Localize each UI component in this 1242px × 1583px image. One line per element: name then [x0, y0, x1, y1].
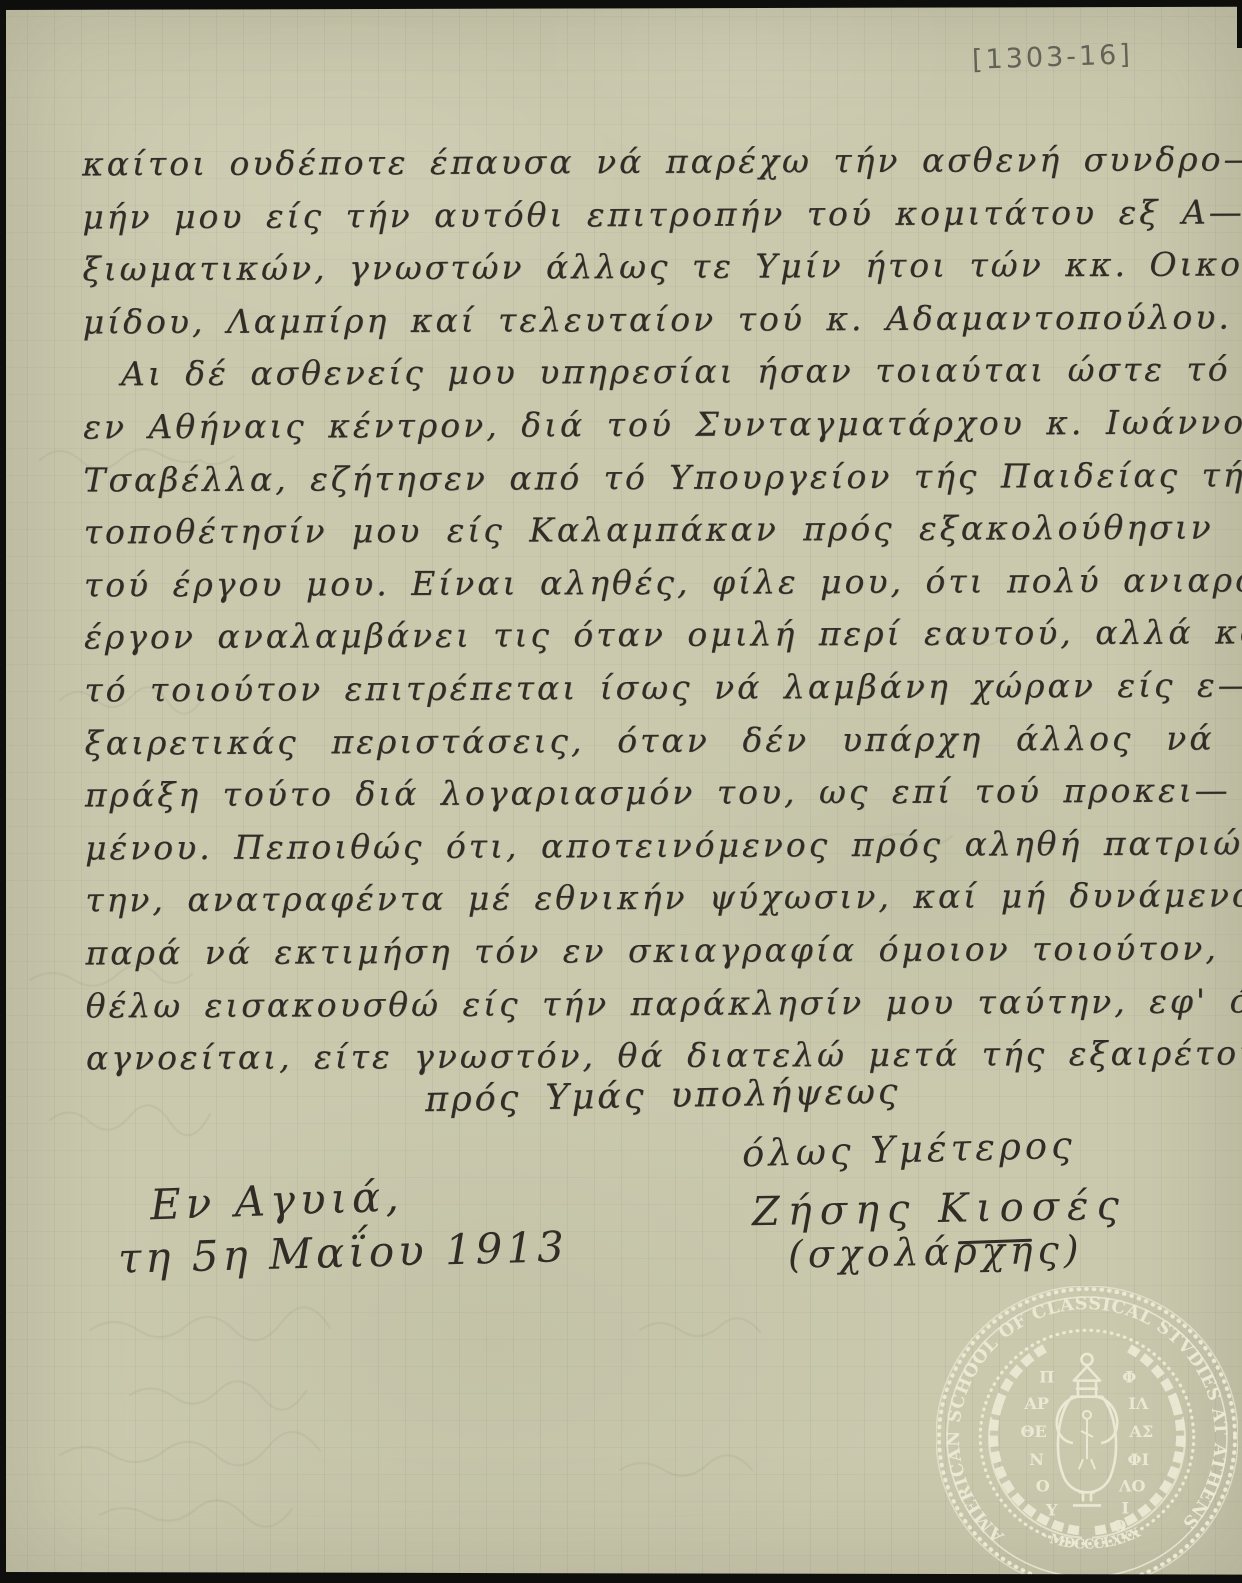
svg-text:Ο: Ο — [1112, 1517, 1126, 1536]
letter-line: εν Αθήναις κέντρον, διά τού Συνταγματάρχ… — [83, 397, 1213, 455]
letter-line: μήν μου είς τήν αυτόθι επιτροπήν τού κομ… — [82, 186, 1212, 244]
svg-text:ΑΣ: ΑΣ — [1128, 1422, 1153, 1441]
letter-line: έργον αναλαμβάνει τις όταν ομιλή περί εα… — [84, 607, 1214, 665]
letter-line: τό τοιούτον επιτρέπεται ίσως νά λαμβάνη … — [84, 659, 1214, 717]
letter-line: τού έργου μου. Είναι αληθές, φίλε μου, ό… — [84, 554, 1214, 612]
svg-text:Ν: Ν — [1029, 1450, 1044, 1469]
letter-line: ξιωματικών, γνωστών άλλως τε Υμίν ήτοι τ… — [82, 239, 1212, 297]
letter-line: καίτοι ουδέποτε έπαυσα νά παρέχω τήν ασθ… — [82, 134, 1212, 192]
svg-text:ΘΕ: ΘΕ — [1020, 1422, 1046, 1441]
seal-greek-left: Π ΑΡ ΘΕ Ν Ο Υ — [1020, 1368, 1058, 1520]
archival-number-note: [1303-16] — [972, 39, 1134, 76]
svg-text:ΛΟ: ΛΟ — [1118, 1476, 1146, 1495]
letter-line: ξαιρετικάς περιστάσεις, όταν δέν υπάρχη … — [84, 712, 1214, 770]
svg-text:Φ: Φ — [1122, 1368, 1136, 1387]
letter-body: καίτοι ουδέποτε έπαυσα νά παρέχω τήν ασθ… — [82, 134, 1216, 1086]
letter-line: Αι δέ ασθενείς μου υπηρεσίαι ήσαν τοιαύτ… — [83, 344, 1213, 402]
scan-edge-bottom — [0, 1572, 1242, 1583]
svg-text:Ο: Ο — [1036, 1476, 1050, 1495]
signature-title: (σχολάρχης) — [788, 1227, 1084, 1276]
letter-line: μίδου, Λαμπίρη καί τελευταίον τού κ. Αδα… — [83, 291, 1213, 349]
scanned-letter-page: [1303-16] καίτοι ουδέποτε έπαυσα νά παρέ… — [0, 0, 1242, 1583]
svg-text:ΑΡ: ΑΡ — [1023, 1394, 1049, 1413]
svg-text:Ι: Ι — [1121, 1499, 1129, 1518]
svg-text:ΙΛ: ΙΛ — [1128, 1394, 1149, 1413]
valediction: όλως Υμέτερος — [741, 1124, 1076, 1176]
svg-text:Υ: Υ — [1045, 1501, 1058, 1520]
letter-line: μένου. Πεποιθώς ότι, αποτεινόμενος πρός … — [85, 817, 1215, 875]
scan-edge-right-corner — [1237, 0, 1242, 48]
letter-line: Τσαβέλλα, εζήτησεν από τό Υπουργείον τής… — [83, 449, 1213, 507]
svg-text:ΦΙ: ΦΙ — [1128, 1450, 1150, 1469]
svg-text:Π: Π — [1039, 1368, 1054, 1387]
letter-line: την, ανατραφέντα μέ εθνικήν ψύχωσιν, καί… — [85, 870, 1215, 928]
letter-line: τοποθέτησίν μου είς Καλαμπάκαν πρός εξακ… — [84, 502, 1214, 560]
scan-edge-left — [0, 0, 6, 1583]
amphora-icon — [1057, 1354, 1117, 1506]
letter-line: παρά νά εκτιμήση τόν εν σκιαγραφία όμοιο… — [85, 922, 1215, 980]
letter-line: θέλω εισακουσθώ είς τήν παράκλησίν μου τ… — [86, 975, 1216, 1033]
closing-formula: πρός Υμάς υπολήψεως — [425, 1072, 901, 1120]
ascsa-seal-stamp: AMERICAN SCHOOL OF CLASSICAL STVDIES AT … — [936, 1286, 1238, 1583]
letter-line: πράξη τούτο διά λογαριασμόν του, ως επί … — [85, 765, 1215, 823]
place-line: Εν Αγυιά, — [149, 1172, 404, 1230]
